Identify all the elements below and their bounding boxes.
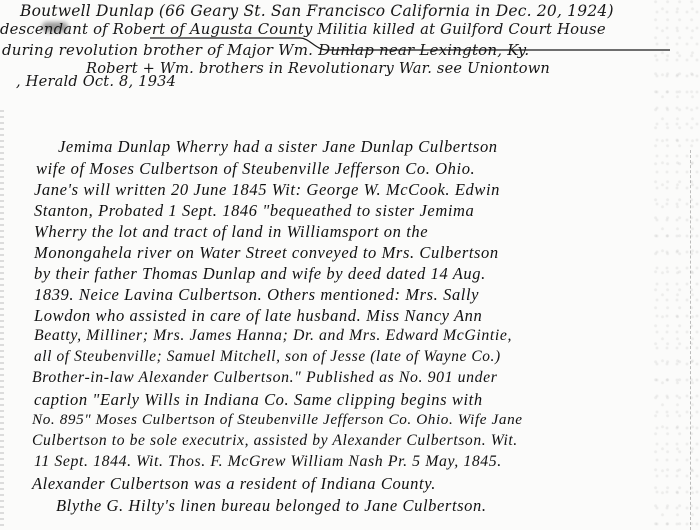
body-line: Jemima Dunlap Wherry had a sister Jane D…: [58, 137, 498, 157]
body-line: Beatty, Milliner; Mrs. James Hanna; Dr. …: [34, 327, 512, 345]
scan-left-edge: [0, 110, 4, 530]
body-line: Alexander Culbertson was a resident of I…: [32, 474, 436, 494]
body-line: wife of Moses Culbertson of Steubenville…: [36, 159, 475, 179]
body-line: Blythe G. Hilty's linen bureau belonged …: [56, 496, 487, 516]
paper-fold-line: [690, 150, 692, 530]
body-line: Brother-in-law Alexander Culbertson." Pu…: [32, 369, 498, 387]
body-line: Lowdon who assisted in care of late husb…: [34, 306, 482, 326]
body-line: Wherry the lot and tract of land in Will…: [34, 222, 428, 242]
body-line: caption "Early Wills in Indiana Co. Same…: [34, 390, 483, 410]
note-line: Boutwell Dunlap (66 Geary St. San Franci…: [20, 2, 614, 20]
body-line: 1839. Neice Lavina Culbertson. Others me…: [34, 285, 479, 305]
body-line: Monongahela river on Water Street convey…: [34, 243, 499, 263]
body-line: 11 Sept. 1844. Wit. Thos. F. McGrew Will…: [34, 453, 502, 471]
body-line: by their father Thomas Dunlap and wife b…: [34, 264, 486, 284]
underline-stroke: [150, 36, 670, 52]
body-line: Culbertson to be sole executrix, assiste…: [32, 432, 518, 450]
note-line: , Herald Oct. 8, 1934: [16, 73, 176, 90]
body-line: No. 895" Moses Culbertson of Steubenvill…: [32, 411, 523, 429]
scanned-document-page: Boutwell Dunlap (66 Geary St. San Franci…: [0, 0, 700, 530]
scan-noise-right-margin: [652, 0, 700, 530]
body-line: Stanton, Probated 1 Sept. 1846 "bequeath…: [34, 201, 474, 221]
body-line: Jane's will written 20 June 1845 Wit: Ge…: [34, 180, 500, 200]
body-line: all of Steubenville; Samuel Mitchell, so…: [34, 348, 501, 366]
